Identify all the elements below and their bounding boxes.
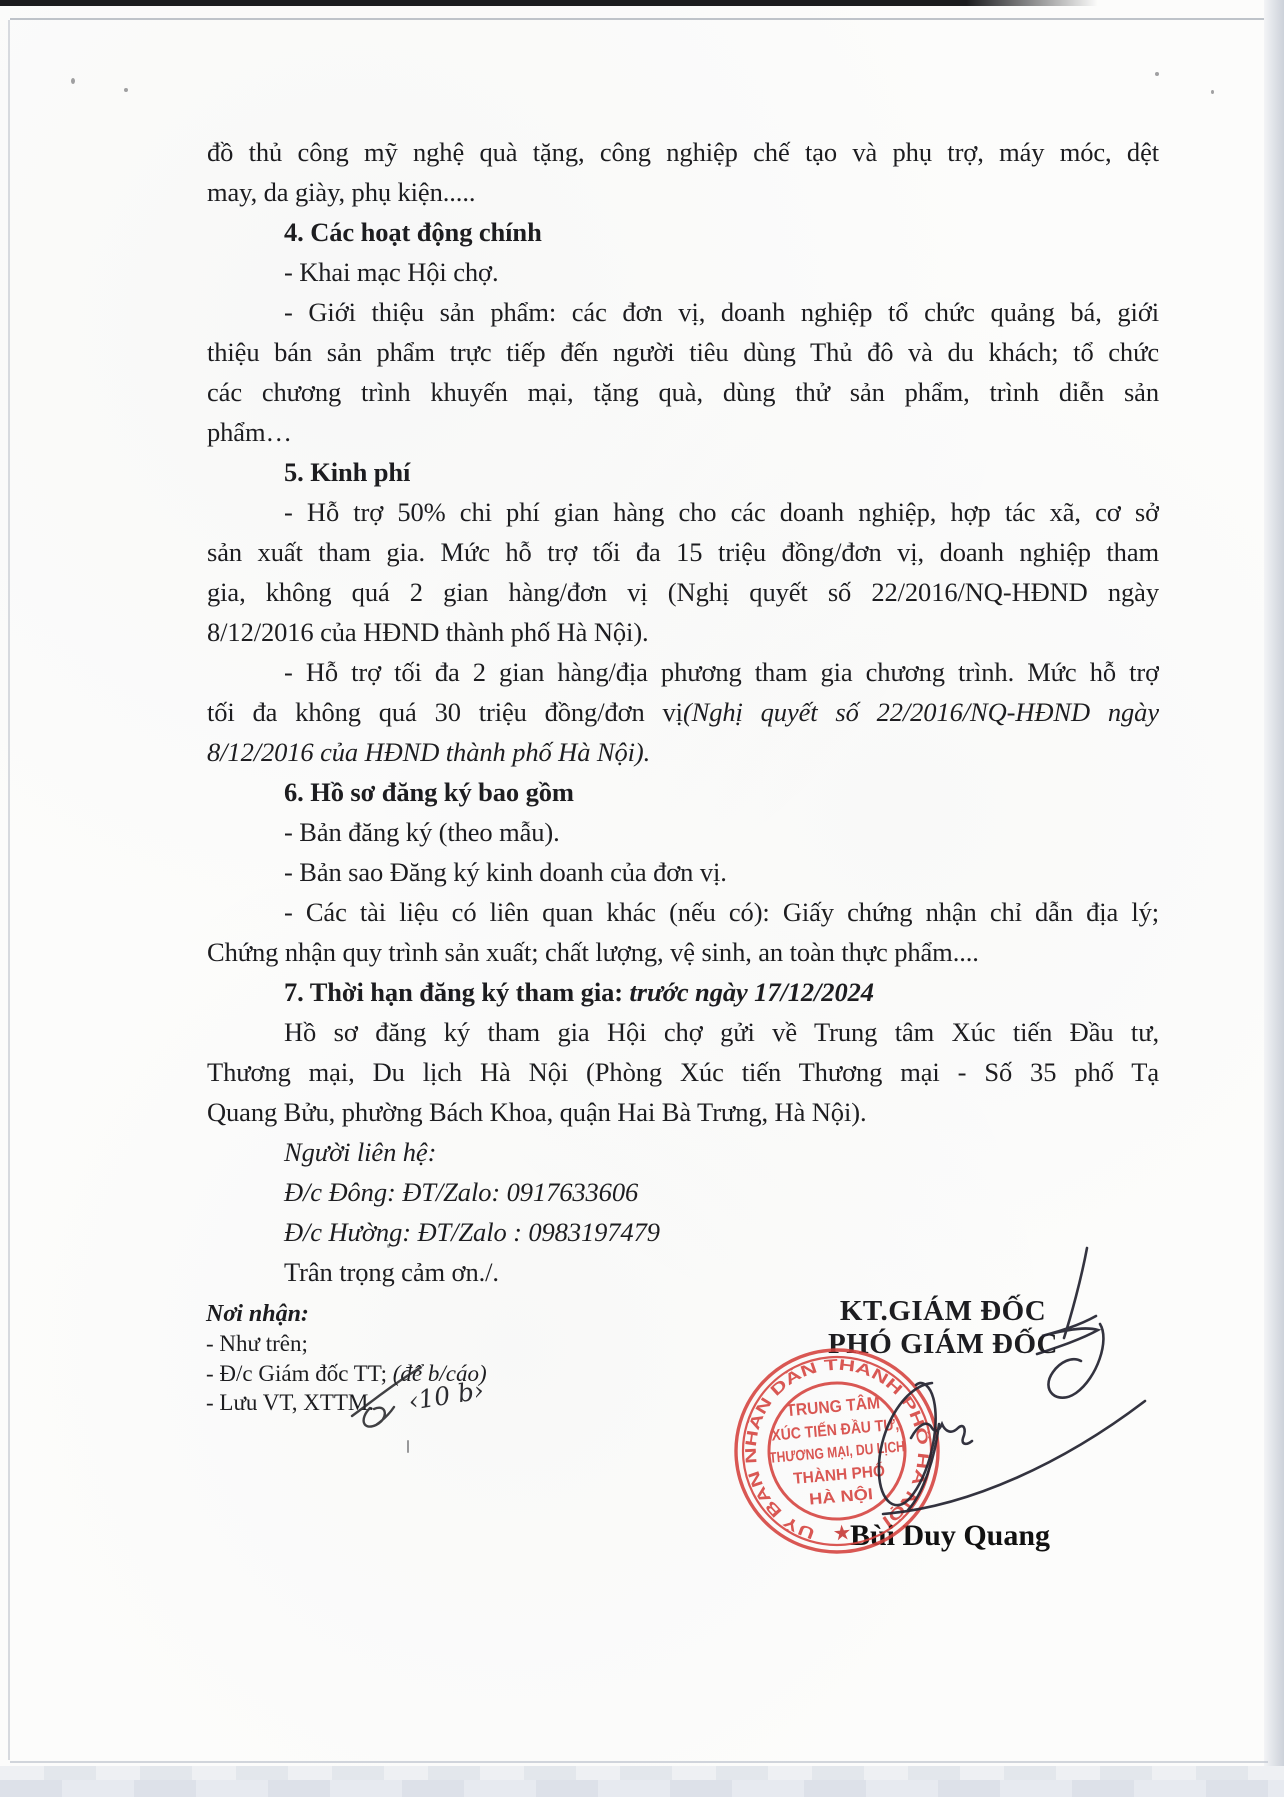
text-segment: 7. Thời hạn đăng ký tham gia: <box>284 977 630 1007</box>
document-text-line: các chương trình khuyến mại, tặng quà, d… <box>207 372 1159 412</box>
signature-stroke <box>883 1401 1145 1514</box>
text-segment: sản xuất tham gia. Mức hỗ trợ tối đa 15 … <box>207 537 1159 567</box>
stamp-center-line: TRUNG TÂM <box>785 1393 880 1420</box>
recipient-text: - Đ/c Giám đốc TT; <box>206 1361 393 1386</box>
scanned-document-page: đồ thủ công mỹ nghệ quà tặng, công nghiệ… <box>0 0 1284 1797</box>
document-text-line: gia, không quá 2 gian hàng/đơn vị (Nghị … <box>207 572 1159 612</box>
text-segment: Đ/c Đông: ĐT/Zalo: 0917633606 <box>284 1177 638 1207</box>
document-text-line: - Hỗ trợ 50% chi phí gian hàng cho các d… <box>207 492 1159 532</box>
document-text-line: đồ thủ công mỹ nghệ quà tặng, công nghiệ… <box>207 132 1159 172</box>
text-segment: Người liên hệ: <box>284 1137 436 1167</box>
text-segment: Đ/c Hường: ĐT/Zalo : 0983197479 <box>284 1217 660 1247</box>
document-text-line: 7. Thời hạn đăng ký tham gia: trước ngày… <box>207 972 1159 1012</box>
document-text-line: Hồ sơ đăng ký tham gia Hội chợ gửi về Tr… <box>207 1012 1159 1052</box>
recipients-list: - Như trên;- Đ/c Giám đốc TT; (để b/cáo)… <box>206 1329 626 1418</box>
text-segment: 6. Hồ sơ đăng ký bao gồm <box>284 777 574 807</box>
signature-stroke <box>879 1383 936 1505</box>
text-segment: - Hỗ trợ 50% chi phí gian hàng cho các d… <box>284 497 1159 527</box>
text-segment: 8/12/2016 của HĐND thành phố Hà Nội). <box>207 617 649 647</box>
stamp-center-line: THÀNH PHỐ <box>792 1460 885 1488</box>
recipient-item: - Lưu VT, XTTM. <box>206 1388 626 1418</box>
stamp-center-line: HÀ NỘI <box>808 1484 873 1509</box>
recipient-item: - Đ/c Giám đốc TT; (để b/cáo) <box>206 1359 626 1389</box>
document-text-line: - Khai mạc Hội chợ. <box>207 252 1159 292</box>
document-text-line: Đ/c Hường: ĐT/Zalo : 0983197479 <box>207 1212 1159 1252</box>
scan-speck <box>124 88 128 92</box>
text-segment: (Nghị quyết số 22/2016/NQ-HĐND ngày <box>683 697 1159 727</box>
document-text-line: Người liên hệ: <box>207 1132 1159 1172</box>
signature-title-line2: PHÓ GIÁM ĐỐC <box>788 1328 1098 1361</box>
text-segment: Trân trọng cảm ơn./. <box>284 1257 499 1287</box>
scan-speck <box>71 78 75 84</box>
text-segment: - Hỗ trợ tối đa 2 gian hàng/địa phương t… <box>284 657 1159 687</box>
text-segment: - Các tài liệu có liên quan khác (nếu có… <box>284 897 1159 927</box>
recipients-block: Nơi nhận: - Như trên;- Đ/c Giám đốc TT; … <box>206 1299 626 1418</box>
text-segment: Hồ sơ đăng ký tham gia Hội chợ gửi về Tr… <box>284 1017 1159 1047</box>
scan-bottom-band <box>0 1780 1284 1797</box>
stamp-ring-text: UỶ BAN NHÂN DÂN THÀNH PHỐ HÀ NỘI <box>735 1349 940 1547</box>
document-text-line: 4. Các hoạt động chính <box>207 212 1159 252</box>
document-text-line: thiệu bán sản phẩm trực tiếp đến người t… <box>207 332 1159 372</box>
document-text-line: phẩm… <box>207 412 1159 452</box>
document-text-line: - Bản đăng ký (theo mẫu). <box>207 812 1159 852</box>
recipients-heading: Nơi nhận: <box>206 1299 626 1329</box>
scan-speck <box>407 1440 409 1453</box>
text-segment: - Bản sao Đăng ký kinh doanh của đơn vị. <box>284 857 727 887</box>
scan-speck <box>1211 90 1214 94</box>
document-text-line: may, da giày, phụ kiện..... <box>207 172 1159 212</box>
text-segment: các chương trình khuyến mại, tặng quà, d… <box>207 377 1159 407</box>
text-segment: - Giới thiệu sản phẩm: các đơn vị, doanh… <box>284 297 1159 327</box>
stamp-center-line: THƯƠNG MẠI, DU LỊCH <box>769 1438 906 1467</box>
scan-left-edge <box>8 20 10 1760</box>
stamp-inner-ring <box>763 1377 910 1524</box>
document-text-line: 6. Hồ sơ đăng ký bao gồm <box>207 772 1159 812</box>
text-segment: - Bản đăng ký (theo mẫu). <box>284 817 560 847</box>
signer-name: Bùi Duy Quang <box>795 1519 1105 1553</box>
text-segment: thiệu bán sản phẩm trực tiếp đến người t… <box>207 337 1159 367</box>
signature-stroke <box>908 1424 939 1510</box>
document-text-line: Đ/c Đông: ĐT/Zalo: 0917633606 <box>207 1172 1159 1212</box>
text-segment: đồ thủ công mỹ nghệ quà tặng, công nghiệ… <box>207 137 1159 167</box>
document-text-line: tối đa không quá 30 triệu đồng/đơn vị(Ng… <box>207 692 1159 732</box>
document-text-line: Thương mại, Du lịch Hà Nội (Phòng Xúc ti… <box>207 1052 1159 1092</box>
document-text-line: - Giới thiệu sản phẩm: các đơn vị, doanh… <box>207 292 1159 332</box>
document-text-line: 8/12/2016 của HĐND thành phố Hà Nội). <box>207 612 1159 652</box>
document-text-line: - Các tài liệu có liên quan khác (nếu có… <box>207 892 1159 932</box>
document-text-line: Quang Bửu, phường Bách Khoa, quận Hai Bà… <box>207 1092 1159 1132</box>
text-segment: may, da giày, phụ kiện..... <box>207 177 475 207</box>
stamp-center-line: XÚC TIẾN ĐẦU TƯ, <box>771 1415 900 1445</box>
recipient-text: - Lưu VT, XTTM. <box>206 1390 374 1415</box>
text-segment: tối đa không quá 30 triệu đồng/đơn vị <box>207 697 683 727</box>
scan-speck <box>1155 72 1159 76</box>
document-text-line: Trân trọng cảm ơn./. <box>207 1252 1159 1292</box>
document-text-line: - Bản sao Đăng ký kinh doanh của đơn vị. <box>207 852 1159 892</box>
scan-right-edge <box>1264 0 1284 1797</box>
recipient-note: (để b/cáo) <box>393 1361 487 1386</box>
scan-top-edge <box>0 0 1098 6</box>
text-segment: 4. Các hoạt động chính <box>284 217 542 247</box>
text-segment: Thương mại, Du lịch Hà Nội (Phòng Xúc ti… <box>207 1057 1159 1087</box>
signature-title-line1: KT.GIÁM ĐỐC <box>788 1295 1098 1328</box>
text-segment: 8/12/2016 của HĐND thành phố Hà Nội). <box>207 737 650 767</box>
text-segment: Chứng nhận quy trình sản xuất; chất lượn… <box>207 937 979 967</box>
text-segment: Quang Bửu, phường Bách Khoa, quận Hai Bà… <box>207 1097 866 1127</box>
recipient-item: - Như trên; <box>206 1329 626 1359</box>
scan-bottom-line <box>10 1761 1268 1763</box>
signature-stroke <box>911 1424 972 1444</box>
document-body: đồ thủ công mỹ nghệ quà tặng, công nghiệ… <box>207 132 1159 1292</box>
document-text-line: Chứng nhận quy trình sản xuất; chất lượn… <box>207 932 1159 972</box>
text-segment: trước ngày 17/12/2024 <box>630 977 874 1007</box>
recipient-text: - Như trên; <box>206 1331 308 1356</box>
text-segment: gia, không quá 2 gian hàng/đơn vị (Nghị … <box>207 577 1159 607</box>
text-segment: 5. Kinh phí <box>284 457 410 487</box>
document-text-line: - Hỗ trợ tối đa 2 gian hàng/địa phương t… <box>207 652 1159 692</box>
text-segment: phẩm… <box>207 417 292 447</box>
text-segment: - Khai mạc Hội chợ. <box>284 257 498 287</box>
document-text-line: 5. Kinh phí <box>207 452 1159 492</box>
document-text-line: sản xuất tham gia. Mức hỗ trợ tối đa 15 … <box>207 532 1159 572</box>
document-text-line: 8/12/2016 của HĐND thành phố Hà Nội). <box>207 732 1159 772</box>
scan-top-line <box>10 18 1266 20</box>
scan-bottom-band <box>0 1766 1284 1780</box>
signature-titles: KT.GIÁM ĐỐC PHÓ GIÁM ĐỐC <box>788 1295 1098 1361</box>
